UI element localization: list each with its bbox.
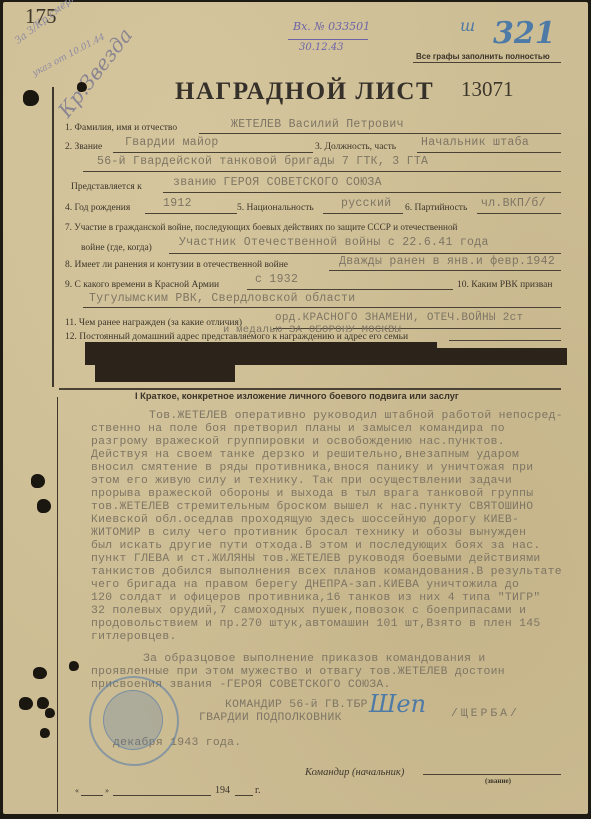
narrative-line: Тов.ЖЕТЕЛЕВ оперативно руководил штабной… [91,410,563,423]
field-11-previous-awards: орд.КРАСНОГО ЗНАМЕНИ, ОТЕЧ.ВОЙНЫ 2ст [275,312,523,324]
field-4-line [145,213,237,214]
field-6-party: чл.ВКП/б/ [481,197,546,210]
field-9-army-since: с 1932 [255,273,298,286]
binding-hole [33,667,47,679]
field-7-line [169,253,561,254]
field-2-line [113,152,313,153]
field-10-rvk: Тугулымским РВК, Свердловской области [89,292,355,305]
field-9-label: 9. С какого времени в Красной Армии [65,280,219,290]
margin-rule-bottom [57,397,58,812]
signature-title-2: ГВАРДИИ ПОДПОЛКОВНИК [199,712,342,725]
handwritten-mark: ш [460,16,475,35]
document-title: НАГРАДНОЙ ЛИСТ [175,78,434,106]
narrative-line: прорыва вражеской обороны и выхода в тыл… [91,488,563,501]
handwritten-number: 321 [493,16,556,51]
field-5-line [323,213,403,214]
section-heading: I Краткое, конкретное изложение личного … [135,391,459,401]
incoming-registration-number: Вх. № 033501 [293,20,370,33]
narrative-line: Действуя на своем танке дерзко и решител… [91,449,563,462]
field-12-label: 12. Постоянный домашний адрес представля… [65,332,408,342]
field-7-label-cont: войне (где, когда) [81,243,152,253]
narrative-line: Киевской обл.оседлав проходящую здесь шо… [91,514,563,527]
commander-footer-line [423,774,561,775]
rank-caption: (звание) [485,777,511,785]
field-1-full-name: ЖЕТЕЛЕВ Василий Петрович [231,118,404,131]
narrative-line: танкистов добился выполнения всех планов… [91,566,563,579]
field-2-label: 2. Звание [65,142,102,152]
conclusion-line: проявленные при этом мужество и отвагу т… [91,666,505,679]
field-3-unit: 56-й Гвардейской танковой бригады 7 ГТК,… [97,155,428,168]
field-9-line [247,289,453,290]
field-10-label: 10. Каким РВК призван [457,280,552,290]
presented-for-award: званию ГЕРОЯ СОВЕТСКОГО СОЮЗА [173,176,382,189]
field-3-label: 3. Должность, часть [315,142,396,152]
margin-rule-top [52,87,54,387]
registration-underline [288,39,368,40]
signature-title-1: КОМАНДИР 56-й ГВ.ТБР [225,699,368,712]
field-8-wounds: Дважды ранен в янв.и февр.1942 [339,255,555,268]
field-7-label: 7. Участие в гражданской войне, последую… [65,222,457,232]
field-3-cont-line [83,171,561,172]
seal-emblem [103,690,163,750]
instruction-underline [413,62,561,63]
narrative-line: гитлеровцев. [91,631,563,644]
field-4-birth-year: 1912 [163,197,192,210]
redacted-address-block-3 [95,364,235,382]
field-6-label: 6. Партийность [405,203,467,213]
commander-signature: Шеп [369,690,426,718]
narrative-line: был искать другие пути отхода.В этом и п… [91,540,563,553]
field-1-label: 1. Фамилия, имя и отчество [65,123,177,133]
narrative-line: 32 полевых орудий,7 самоходных пушек,пов… [91,605,563,618]
binding-hole [37,499,51,513]
binding-hole [69,661,79,671]
binding-hole [77,82,87,92]
field-3-line [417,152,561,153]
field-1-line [199,133,561,134]
date-year-prefix: 194 [215,785,230,796]
field-4-label: 4. Год рождения [65,203,130,213]
narrative-line: пункт ГЛЕВА и ст.ЖИЛЯНЫ тов.ЖЕТЕЛЕВ руко… [91,553,563,566]
fill-all-fields-instruction: Все графы заполнить полностью [416,52,550,61]
narrative-line: 120 солдат и офицеров противника,16 танк… [91,592,563,605]
date-year-suffix: г. [255,785,260,796]
binding-hole [19,697,33,710]
presented-for-line [163,192,561,193]
redacted-address-block-2 [435,348,567,365]
field-11-label: 11. Чем ранее награжден (за какие отличи… [65,318,242,328]
narrative-line: разгрому вражеской группировки и освобож… [91,436,563,449]
binding-hole [40,728,50,738]
narrative-line: чего бригада на правом берегу ДНЕПРА-зап… [91,579,563,592]
date-year-line [235,795,253,796]
field-5-nationality: русский [341,197,391,210]
binding-hole [23,90,39,106]
narrative-line: продовольствием и пр.270 штук,автомашин … [91,618,563,631]
date-month-line [113,795,211,796]
field-7-war-participation: Участник Отечественной войны с 22.6.41 г… [179,236,489,249]
field-5-label: 5. Национальность [237,203,314,213]
section-divider [59,388,561,390]
field-6-line [477,213,561,214]
narrative-line: ственно на поле боя претворил планы и за… [91,423,563,436]
award-sheet-page: 175 За З/Кр.смерть указ от 10.01.44 Кр.З… [3,2,588,814]
conclusion-line: За образцовое выполнение приказов команд… [91,653,505,666]
date-close-quote: » [105,786,109,795]
field-8-line [329,270,561,271]
presented-for-label: Представляется к [71,182,142,192]
narrative-line: вносил смятение в ряды противника,внося … [91,462,563,475]
incoming-registration-date: 30.12.43 [299,42,344,53]
narrative-line: ЖИТОМИР в силу чего противник бросал тех… [91,527,563,540]
unit-seal-stamp [89,676,179,766]
date-open-quote: « [75,786,79,795]
narrative-text: Тов.ЖЕТЕЛЕВ оперативно руководил штабной… [91,410,563,644]
redacted-address-block-1 [85,342,437,365]
commander-footer-label: Командир (начальник) [305,767,404,778]
award-sheet-number: 13071 [461,77,514,102]
field-2-rank: Гвардии майор [125,136,219,149]
signature-name: /ЩЕРБА/ [451,708,520,721]
field-10-line [83,307,561,308]
narrative-line: тов.ЖЕТЕЛЕВ стремительным броском вышел … [91,501,563,514]
field-3-position: Начальник штаба [421,136,529,149]
field-12-line [449,340,561,341]
binding-hole [45,708,55,718]
binding-hole [31,474,45,488]
date-day-line [81,795,103,796]
narrative-line: этом его живую силу и технику. Так при о… [91,475,563,488]
field-8-label: 8. Имеет ли ранения и контузии в отечест… [65,260,288,270]
